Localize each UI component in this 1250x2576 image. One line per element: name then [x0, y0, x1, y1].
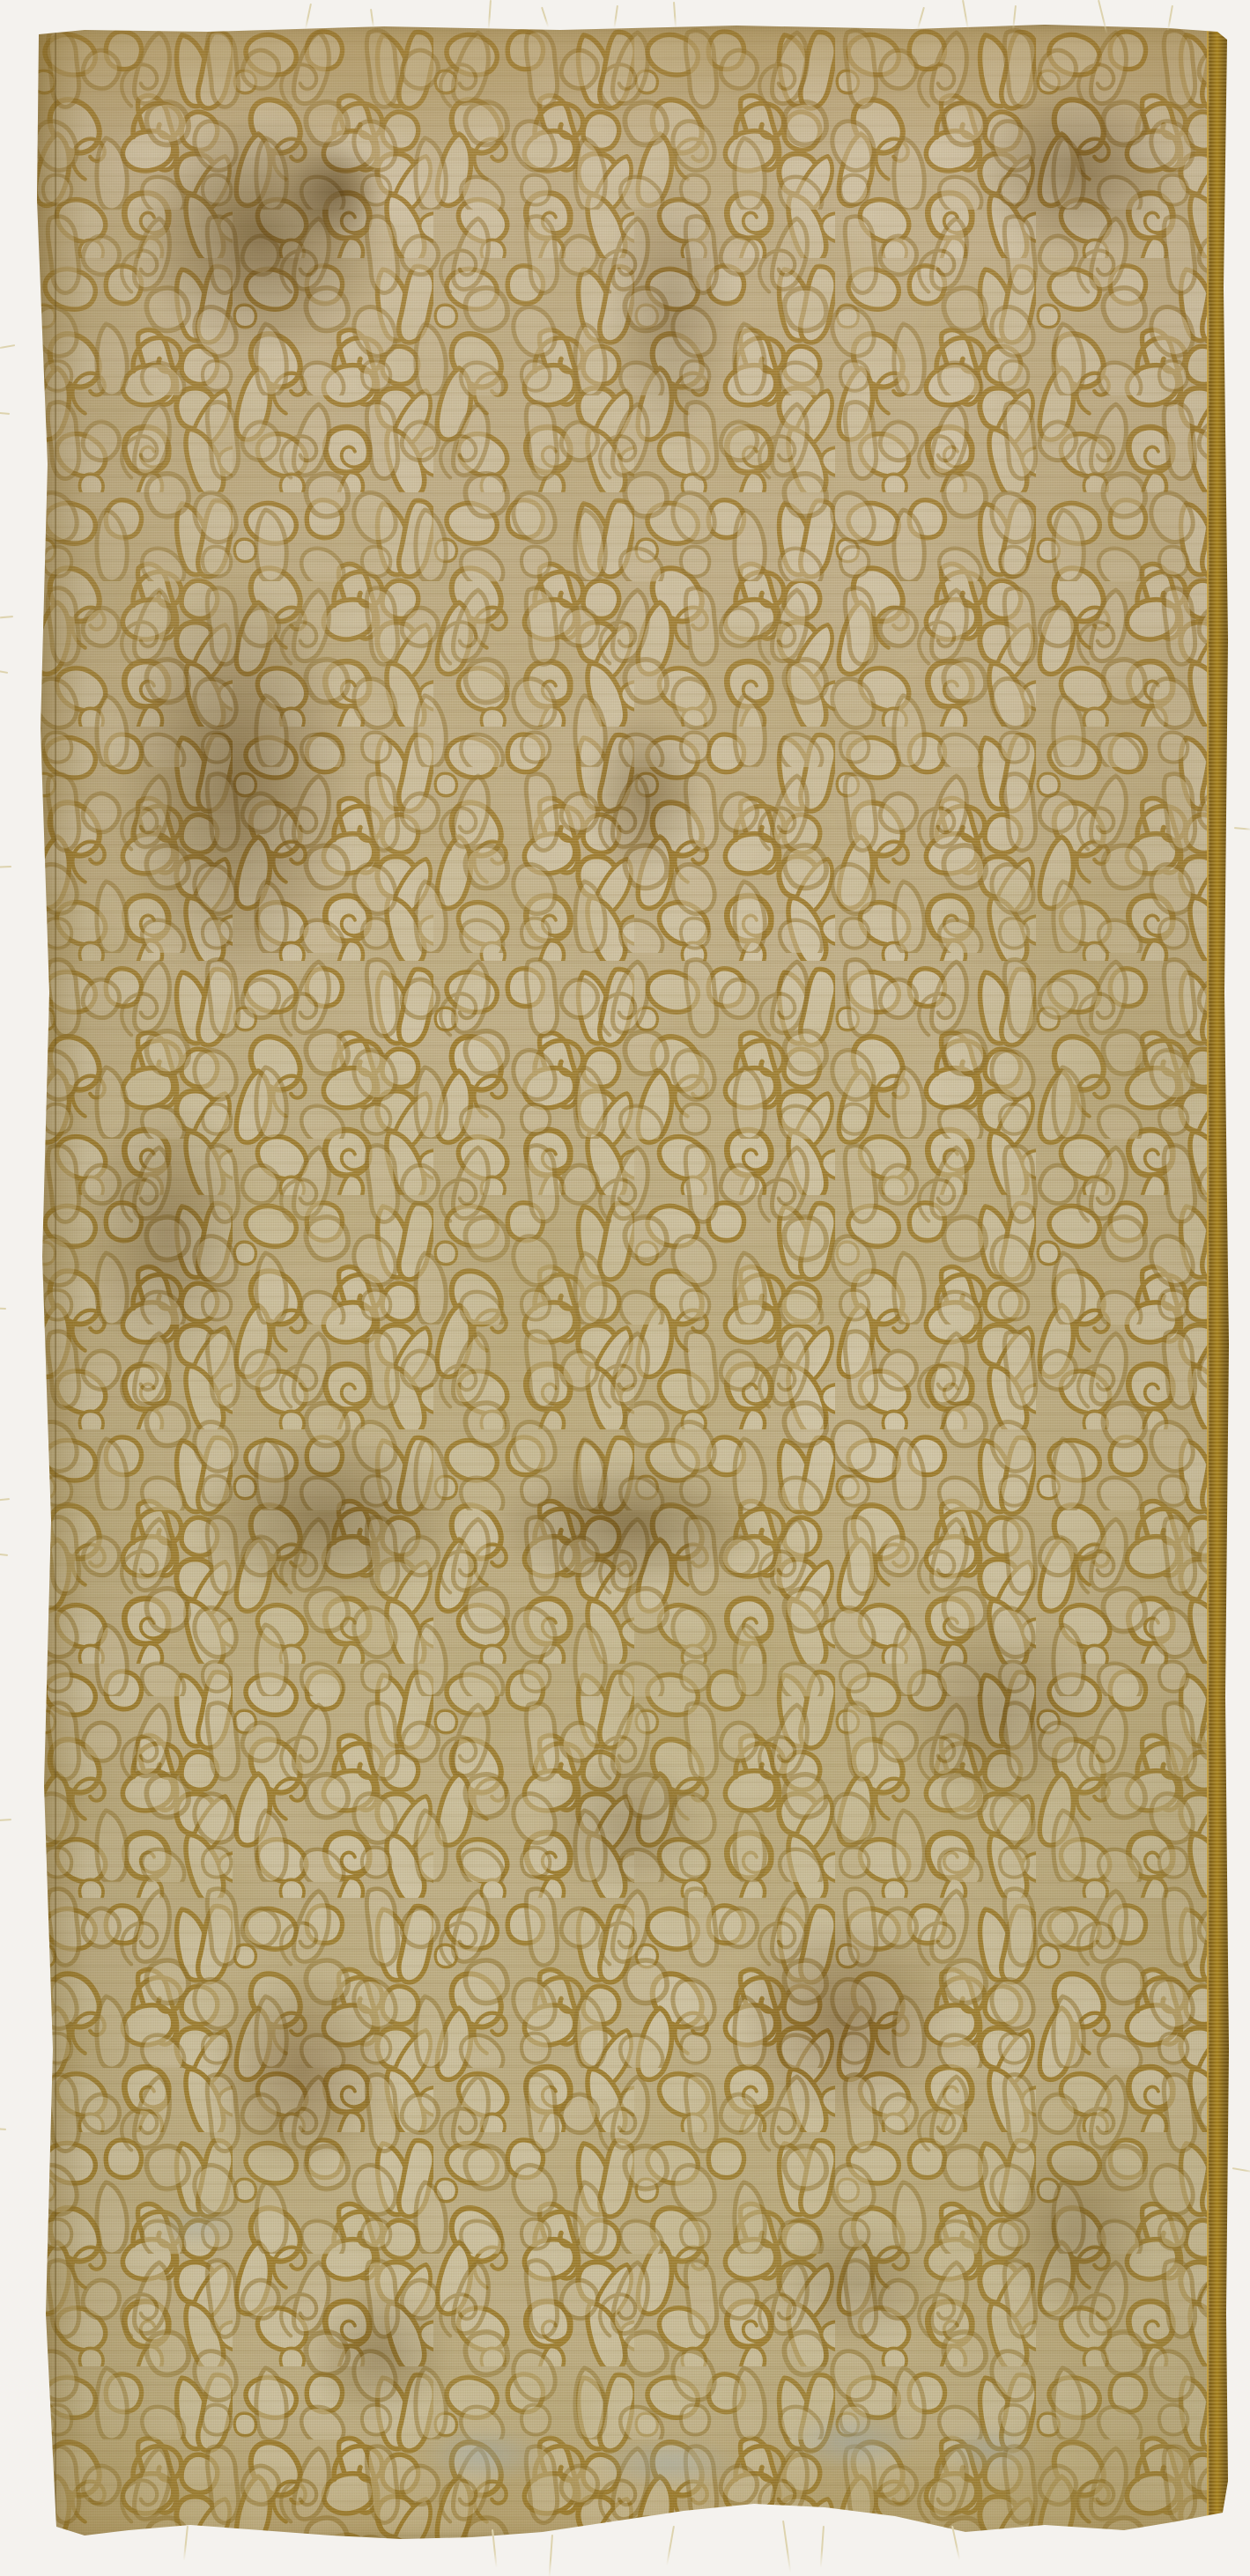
- loose-thread: [0, 2127, 6, 2130]
- loose-thread: [0, 866, 11, 868]
- loose-thread: [0, 344, 15, 350]
- loose-thread: [820, 2526, 825, 2568]
- loose-thread: [488, 0, 492, 30]
- loose-thread: [782, 2521, 791, 2573]
- loose-thread: [951, 2526, 960, 2561]
- loose-thread: [370, 9, 374, 28]
- loose-thread: [1167, 5, 1173, 32]
- loose-thread: [666, 2526, 675, 2566]
- loose-thread: [673, 2, 677, 28]
- loose-thread: [1234, 827, 1250, 830]
- loose-thread: [305, 4, 312, 30]
- loose-thread: [0, 1552, 8, 1556]
- loose-thread: [541, 7, 549, 27]
- loose-thread: [183, 2526, 189, 2561]
- loose-thread: [0, 668, 8, 674]
- loose-thread: [0, 1307, 6, 1310]
- photo-backdrop: [0, 0, 1250, 2576]
- loose-thread: [917, 7, 925, 30]
- textile-fragment: [32, 24, 1230, 2541]
- loose-thread: [0, 1498, 10, 1502]
- loose-thread: [0, 616, 13, 619]
- loose-thread: [0, 1819, 11, 1822]
- loose-thread: [1232, 2167, 1250, 2173]
- loose-thread: [0, 410, 10, 415]
- edge-shadow: [32, 24, 1230, 2541]
- loose-thread: [962, 0, 969, 30]
- loose-thread: [549, 2535, 553, 2576]
- loose-thread: [613, 5, 618, 28]
